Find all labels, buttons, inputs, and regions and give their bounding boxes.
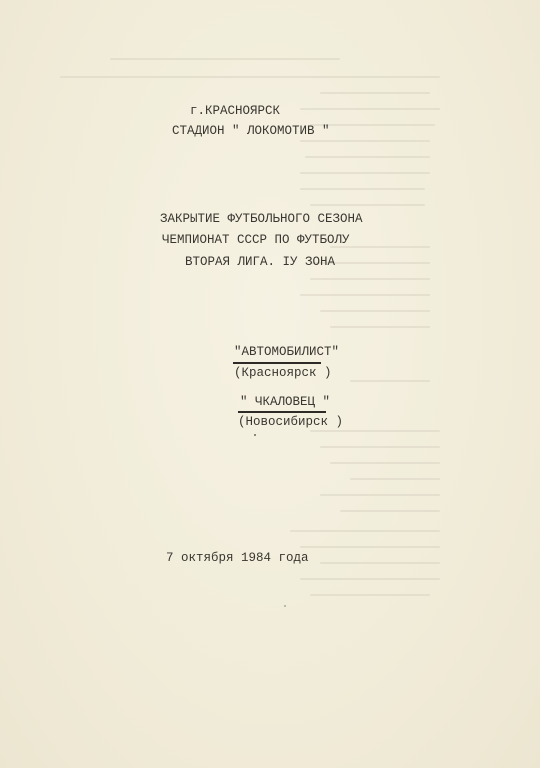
ink-speck [284, 605, 286, 607]
event-title: ЗАКРЫТИЕ ФУТБОЛЬНОГО СЕЗОНА [160, 212, 363, 227]
home-team-underline [233, 362, 321, 364]
home-team-name: "АВТОМОБИЛИСТ" [234, 345, 339, 360]
ink-speck [254, 434, 256, 436]
away-team-city: (Новосибирск ) [238, 415, 343, 430]
away-team-underline [238, 411, 326, 413]
home-team-city: (Красноярск ) [234, 366, 332, 381]
date-line: 7 октября 1984 года [166, 551, 309, 566]
league-line: ВТОРАЯ ЛИГА. IУ ЗОНА [185, 255, 335, 270]
city-line: г.КРАСНОЯРСК [190, 104, 280, 119]
stadium-line: СТАДИОН " ЛОКОМОТИВ " [172, 124, 330, 139]
away-team-name: " ЧКАЛОВЕЦ " [240, 395, 330, 410]
championship-line: ЧЕМПИОНАТ СССР ПО ФУТБОЛУ [162, 233, 350, 248]
document-page: г.КРАСНОЯРСК СТАДИОН " ЛОКОМОТИВ " ЗАКРЫ… [0, 0, 540, 768]
